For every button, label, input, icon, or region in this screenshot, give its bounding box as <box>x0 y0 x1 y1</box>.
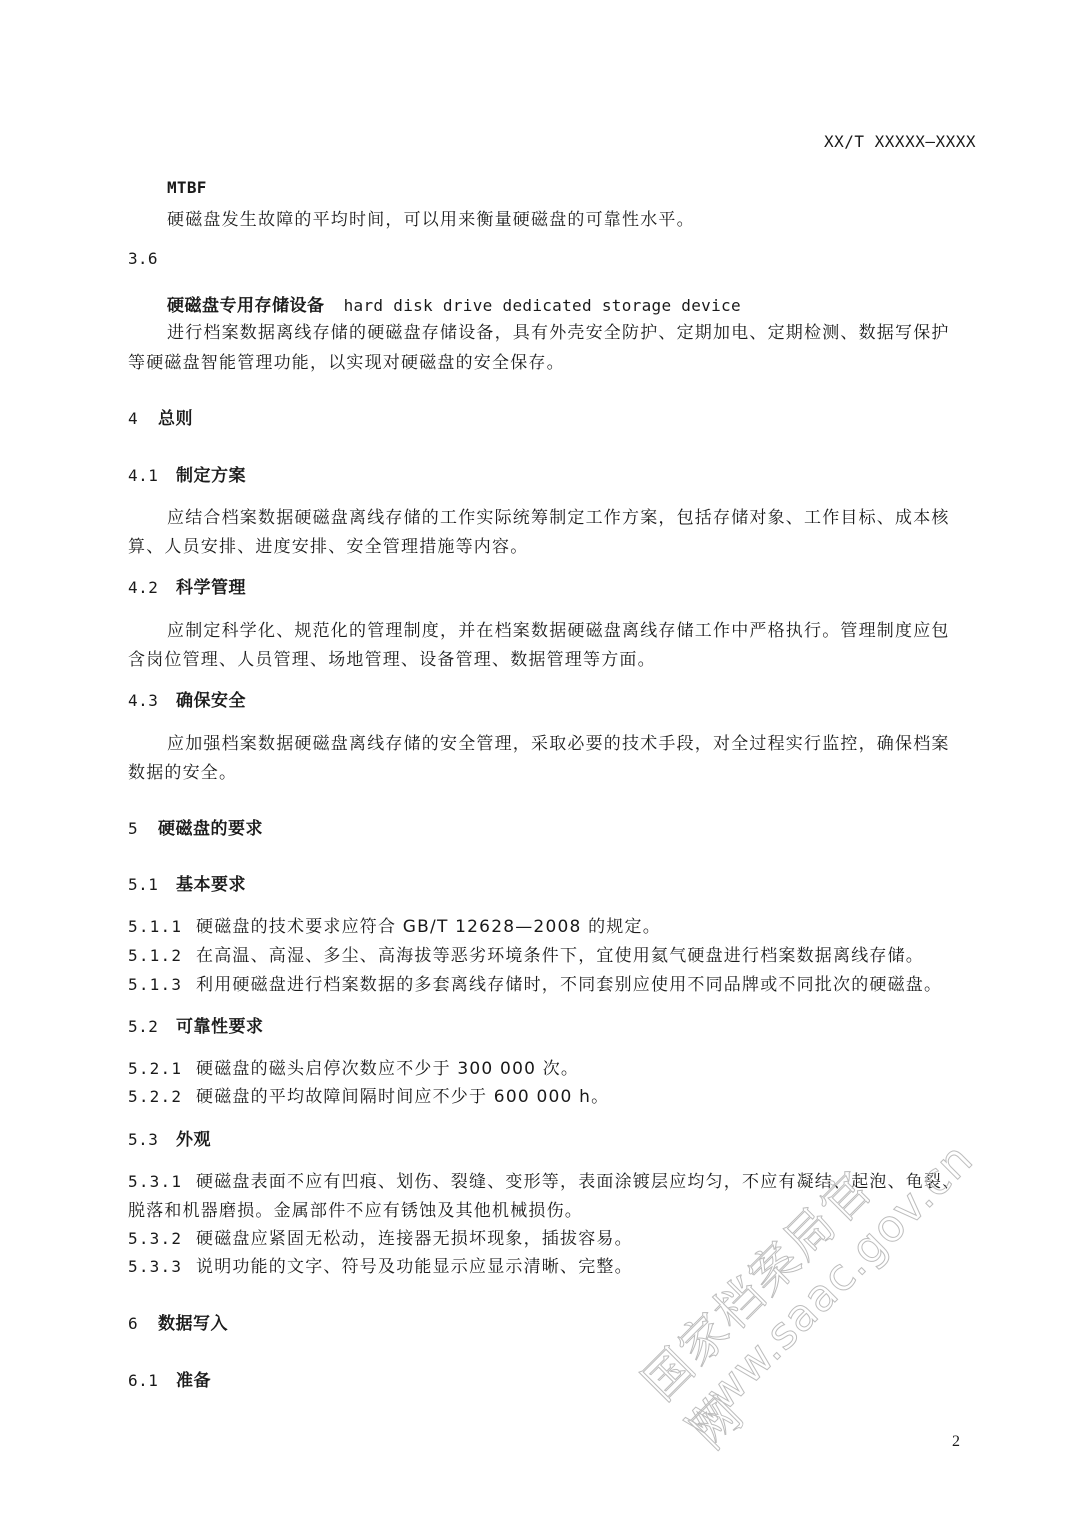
subsection-number: 5.2 <box>128 1017 176 1036</box>
paragraph-line: 应制定科学化、规范化的管理制度，并在档案数据硬磁盘离线存储工作中严格执行。管理制… <box>167 616 950 641</box>
section-heading: 6数据写入 <box>128 1309 228 1334</box>
watermark-text: 国家档案局官网 <box>624 1145 941 1462</box>
section-title: 数据写入 <box>158 1314 228 1334</box>
clause-number: 5.1.2 <box>128 946 196 965</box>
subsection-heading: 4.3确保安全 <box>128 686 246 711</box>
clause-number: 5.1.3 <box>128 975 196 994</box>
clause-item: 5.3.1硬磁盘表面不应有凹痕、划伤、裂缝、变形等，表面涂镀层应均匀，不应有凝结… <box>128 1167 960 1192</box>
paragraph-line: 数据的安全。 <box>128 758 237 783</box>
subsection-heading: 6.1准备 <box>128 1366 211 1391</box>
section-heading: 5硬磁盘的要求 <box>128 814 263 839</box>
subsection-title: 制定方案 <box>176 466 246 486</box>
section-title: 总则 <box>158 409 193 429</box>
clause-text: 在高温、高湿、多尘、高海拔等恶劣环境条件下，宜使用氦气硬盘进行档案数据离线存储。 <box>196 946 924 966</box>
term-definition: 硬磁盘发生故障的平均时间，可以用来衡量硬磁盘的可靠性水平。 <box>167 205 695 230</box>
clause-item: 5.1.3利用硬磁盘进行档案数据的多套离线存储时，不同套别应使用不同品牌或不同批… <box>128 970 942 995</box>
page-number: 2 <box>952 1433 960 1451</box>
clause-item: 5.2.1硬磁盘的磁头启停次数应不少于 300 000 次。 <box>128 1054 579 1079</box>
subsection-number: 4.1 <box>128 466 176 485</box>
section-number: 6 <box>128 1314 158 1333</box>
clause-number: 5.3.1 <box>128 1172 196 1191</box>
subsection-heading: 5.1基本要求 <box>128 870 246 895</box>
document-code: XX/T XXXXX—XXXX <box>824 132 976 151</box>
clause-item: 5.2.2硬磁盘的平均故障间隔时间应不少于 600 000 h。 <box>128 1082 609 1107</box>
subsection-title: 可靠性要求 <box>176 1017 264 1037</box>
term-definition-line: 进行档案数据离线存储的硬磁盘存储设备，具有外壳安全防护、定期加电、定期检测、数据… <box>167 318 950 343</box>
clause-item: 5.3.2硬磁盘应紧固无松动，连接器无损坏现象，插拔容易。 <box>128 1224 633 1249</box>
clause-item: 5.1.2在高温、高湿、多尘、高海拔等恶劣环境条件下，宜使用氦气硬盘进行档案数据… <box>128 941 924 966</box>
term-chinese: 硬磁盘专用存储设备 <box>167 296 325 316</box>
clause-text: 利用硬磁盘进行档案数据的多套离线存储时，不同套别应使用不同品牌或不同批次的硬磁盘… <box>196 975 942 995</box>
watermark: 国家档案局官网 www.saac.gov.cn <box>532 1067 977 1512</box>
term-definition-line: 等硬磁盘智能管理功能，以实现对硬磁盘的安全保存。 <box>128 348 565 373</box>
subsection-number: 6.1 <box>128 1371 176 1390</box>
clause-text: 硬磁盘的平均故障间隔时间应不少于 600 000 h。 <box>196 1087 609 1107</box>
clause-number: 5.2.1 <box>128 1059 196 1078</box>
clause-text: 硬磁盘表面不应有凹痕、划伤、裂缝、变形等，表面涂镀层应均匀，不应有凝结、起泡、龟… <box>196 1172 960 1192</box>
clause-text: 硬磁盘的磁头启停次数应不少于 300 000 次。 <box>196 1059 579 1079</box>
clause-continuation: 脱落和机器磨损。金属部件不应有锈蚀及其他机械损伤。 <box>128 1196 583 1221</box>
term-heading: 硬磁盘专用存储设备 hard disk drive dedicated stor… <box>167 291 741 316</box>
clause-number: 5.1.1 <box>128 917 196 936</box>
subsection-number: 4.3 <box>128 691 176 710</box>
clause-number: 5.2.2 <box>128 1087 196 1106</box>
paragraph-line: 应加强档案数据硬磁盘离线存储的安全管理，采取必要的技术手段，对全过程实行监控，确… <box>167 729 950 754</box>
subsection-heading: 4.1制定方案 <box>128 461 246 486</box>
section-heading: 4总则 <box>128 404 193 429</box>
subsection-heading: 5.3外观 <box>128 1125 211 1150</box>
clause-number: 3.6 <box>128 249 158 268</box>
subsection-number: 5.3 <box>128 1130 176 1149</box>
clause-text: 硬磁盘的技术要求应符合 GB/T 12628—2008 的规定。 <box>196 917 661 937</box>
clause-text: 说明功能的文字、符号及功能显示应显示清晰、完整。 <box>196 1257 633 1277</box>
clause-number: 5.3.2 <box>128 1229 196 1248</box>
subsection-title: 准备 <box>176 1371 211 1391</box>
section-title: 硬磁盘的要求 <box>158 819 263 839</box>
subsection-title: 科学管理 <box>176 578 246 598</box>
clause-text: 硬磁盘应紧固无松动，连接器无损坏现象，插拔容易。 <box>196 1229 633 1249</box>
clause-number: 5.3.3 <box>128 1257 196 1276</box>
subsection-number: 4.2 <box>128 578 176 597</box>
clause-item: 5.1.1硬磁盘的技术要求应符合 GB/T 12628—2008 的规定。 <box>128 912 661 937</box>
section-number: 5 <box>128 819 158 838</box>
paragraph-line: 应结合档案数据硬磁盘离线存储的工作实际统筹制定工作方案，包括存储对象、工作目标、… <box>167 503 950 528</box>
subsection-number: 5.1 <box>128 875 176 894</box>
term-english: hard disk drive dedicated storage device <box>344 296 741 315</box>
paragraph-line: 算、人员安排、进度安排、安全管理措施等内容。 <box>128 532 528 557</box>
subsection-title: 确保安全 <box>176 691 246 711</box>
subsection-heading: 5.2可靠性要求 <box>128 1012 264 1037</box>
clause-item: 5.3.3说明功能的文字、符号及功能显示应显示清晰、完整。 <box>128 1252 633 1277</box>
section-number: 4 <box>128 409 158 428</box>
subsection-title: 基本要求 <box>176 875 246 895</box>
subsection-heading: 4.2科学管理 <box>128 573 246 598</box>
paragraph-line: 含岗位管理、人员管理、场地管理、设备管理、数据管理等方面。 <box>128 645 656 670</box>
term-abbreviation: MTBF <box>167 178 207 197</box>
subsection-title: 外观 <box>176 1130 211 1150</box>
